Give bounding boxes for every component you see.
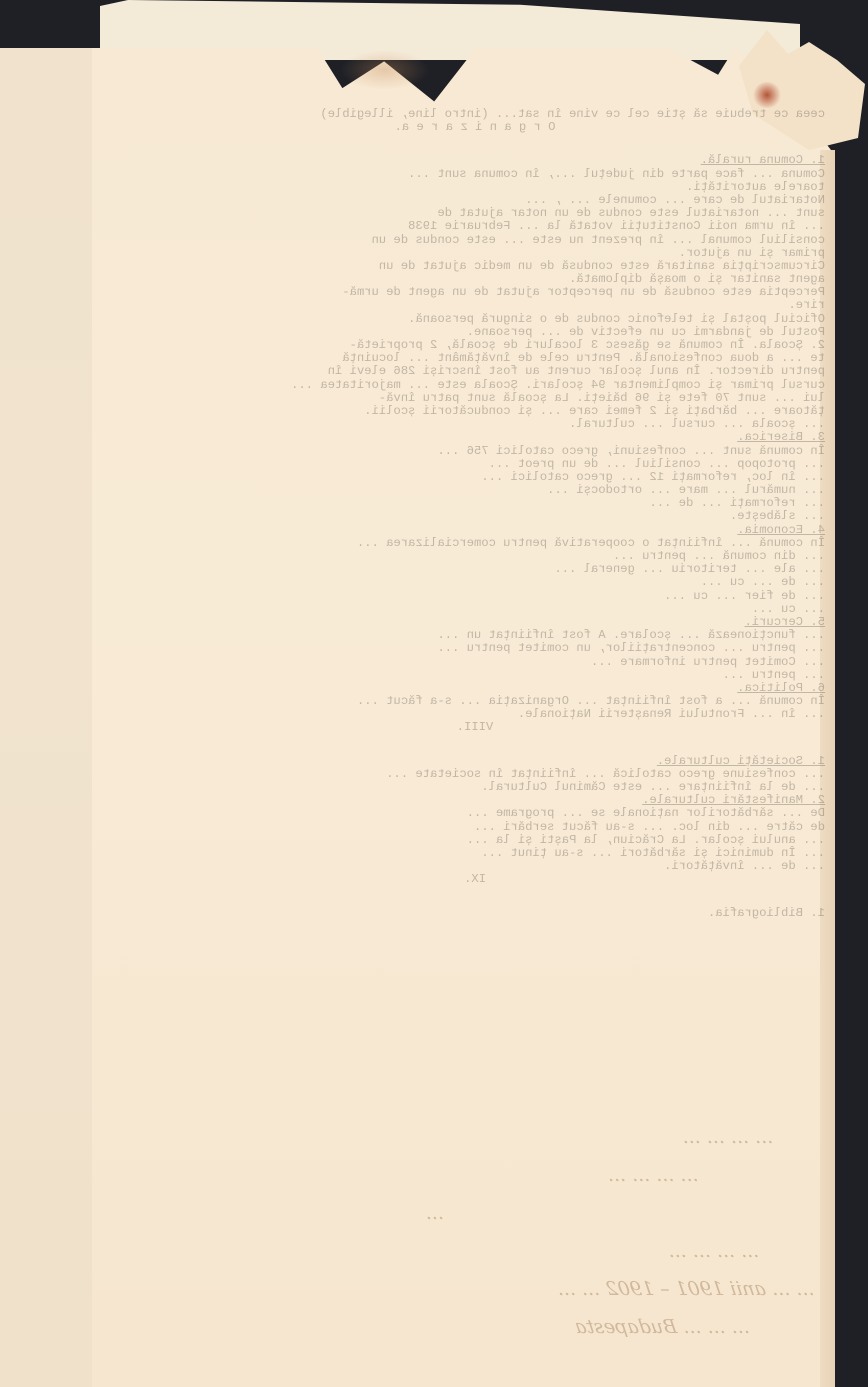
typed-line: ... pentru ... concentrațiilor, un comit…	[125, 642, 825, 655]
handwritten-line: ... ... ... ...	[40, 1118, 805, 1156]
typed-line: pentru director. În anul școlar curent a…	[125, 365, 825, 378]
spacer	[125, 735, 825, 755]
typed-line: de către ... din loc. ... s-au făcut ser…	[125, 821, 825, 834]
section-heading: 1. Comuna rurală.	[125, 154, 825, 167]
typed-text-block: ceea ce trebuie să știe cel ce vine în s…	[125, 108, 825, 920]
typed-line: ... reformați ... de ...	[125, 497, 825, 510]
typed-line: Comuna ... face parte din județul ..., î…	[125, 168, 825, 181]
typed-line: 1. Bibliografia.	[125, 907, 825, 920]
typed-line: Oficiul poștal și telefonic condus de o …	[125, 313, 825, 326]
typed-line: toarele autorități.	[125, 181, 825, 194]
typed-line: ... pentru ...	[125, 669, 825, 682]
section-heading: O r g a n i z a r e a.	[125, 121, 825, 134]
typed-line: ... protopop ... consiliul ... de un pre…	[125, 458, 825, 471]
typed-line: consiliul comunal ... în prezent nu este…	[125, 234, 825, 247]
section-heading: IX.	[125, 873, 825, 886]
handwritten-line: ... ... ... Budapesta	[67, 1308, 832, 1346]
handwritten-line: ... ... ... ...	[45, 1156, 810, 1194]
handwritten-block: ... ... ... ...... ... ... ......... ...…	[40, 1118, 832, 1346]
spacer	[125, 134, 825, 154]
handwritten-line: ... ... ... ...	[56, 1232, 821, 1270]
typed-line: lui ... sunt 70 fete și 96 băieți. La șc…	[125, 392, 825, 405]
handwritten-line: ... ... anii 1901 – 1902 ... ...	[61, 1270, 826, 1308]
typed-line: ... de fier ... cu ...	[125, 590, 825, 603]
section-heading: 1. Societăți culturale.	[125, 755, 825, 768]
handwritten-line: ...	[51, 1194, 816, 1232]
typed-line: ... școala ... cursul ... cultural.	[125, 418, 825, 431]
typed-line: cursul primar și complimentar 94 școlari…	[125, 379, 825, 392]
section-heading: 3. Biserica.	[125, 431, 825, 444]
spacer	[125, 887, 825, 907]
typed-line: ... anului școlar. La Crăciun, la Paști …	[125, 834, 825, 847]
section-heading: VIII.	[125, 721, 825, 734]
water-stain	[340, 50, 430, 90]
typed-line: În comună sunt ... confesiuni, greco cat…	[125, 445, 825, 458]
section-heading: 4. Economia.	[125, 524, 825, 537]
typed-line: ... cu ...	[125, 603, 825, 616]
typed-line: ... slăbește.	[125, 510, 825, 523]
rust-stain	[752, 82, 782, 108]
typed-line: De ... sărbătorilor naționale se ... pro…	[125, 807, 825, 820]
typed-line: ... în urma noii Constituții votată la .…	[125, 220, 825, 233]
typed-line: primar și un ajutor.	[125, 247, 825, 260]
typed-line: ... de ... cu ...	[125, 576, 825, 589]
typed-line: Perceptia este condusă de un perceptor a…	[125, 286, 825, 299]
typed-line: rire.	[125, 299, 825, 312]
typed-line: ... Comitet pentru informare ...	[125, 656, 825, 669]
